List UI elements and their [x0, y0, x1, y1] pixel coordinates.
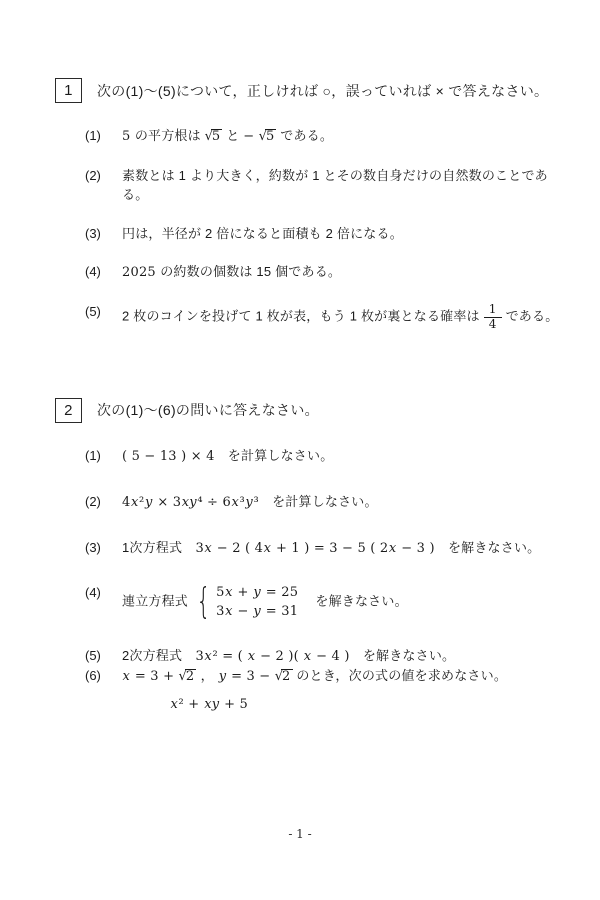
question-text: 5 の平方根は √5 と − √5 である。 — [122, 127, 562, 147]
question-1-1: (1) 5 の平方根は √5 と − √5 である。 — [85, 127, 562, 147]
section-1: 1 次の(1)～(5)について，正しければ ○，誤っていれば × で答えなさい。… — [55, 78, 562, 332]
question-text: 素数とは 1 より大きく，約数が 1 とその数自身だけの自然数のことである。 — [122, 167, 562, 205]
section-1-number: 1 — [64, 82, 73, 99]
question-label: (1) — [85, 127, 122, 147]
question-2-6: (6) x = 3 + √2 ， y = 3 − √2 のとき，次の式の値を求め… — [85, 667, 562, 687]
question-label: (5) — [85, 303, 122, 332]
page-number: - 1 - — [0, 827, 600, 841]
page-content: 1 次の(1)～(5)について，正しければ ○，誤っていれば × で答えなさい。… — [55, 78, 562, 712]
question-2-4: (4) 連立方程式{5x + y = 253x − y = 31 を解きなさい。 — [85, 584, 562, 620]
question-text: 円は，半径が 2 倍になると面積も 2 倍になる。 — [122, 225, 562, 244]
section-2-number: 2 — [64, 402, 73, 419]
question-text: 2 枚のコインを投げて 1 枚が表，もう 1 枚が裏となる確率は14である。 — [122, 303, 562, 332]
question-label: (2) — [85, 493, 122, 513]
question-label: (3) — [85, 539, 122, 559]
question-text: 4x²y × 3xy⁴ ÷ 6x³y³ を計算しなさい。 — [122, 493, 562, 513]
section-2: 2 次の(1)～(6)の問いに答えなさい。 (1) ( 5 − 13 ) × 4… — [55, 398, 562, 713]
question-label: (1) — [85, 447, 122, 467]
question-text: 2次方程式 3x² = ( x − 2 )( x − 4 ) を解きなさい。 — [122, 647, 562, 667]
question-1-5: (5) 2 枚のコインを投げて 1 枚が表，もう 1 枚が裏となる確率は14であ… — [85, 303, 562, 332]
section-2-items: (1) ( 5 − 13 ) × 4 を計算しなさい。 (2) 4x²y × 3… — [85, 447, 562, 713]
question-text: 2025 の約数の個数は 15 個である。 — [122, 263, 562, 283]
question-2-6-block: (6) x = 3 + √2 ， y = 3 − √2 のとき，次の式の値を求め… — [85, 667, 562, 713]
question-text: 1次方程式 3x − 2 ( 4x + 1 ) = 3 − 5 ( 2x − 3… — [122, 539, 562, 559]
exam-page: 1 次の(1)～(5)について，正しければ ○，誤っていれば × で答えなさい。… — [0, 0, 600, 900]
question-2-6-expression: x² + xy + 5 — [170, 696, 562, 712]
question-label: (5) — [85, 647, 122, 667]
question-1-3: (3) 円は，半径が 2 倍になると面積も 2 倍になる。 — [85, 225, 562, 244]
question-text: ( 5 − 13 ) × 4 を計算しなさい。 — [122, 447, 562, 467]
section-1-header: 1 次の(1)～(5)について，正しければ ○，誤っていれば × で答えなさい。 — [55, 78, 562, 103]
question-2-5: (5) 2次方程式 3x² = ( x − 2 )( x − 4 ) を解きなさ… — [85, 647, 562, 667]
question-label: (4) — [85, 584, 122, 620]
question-text: 連立方程式{5x + y = 253x − y = 31 を解きなさい。 — [122, 584, 562, 620]
question-1-4: (4) 2025 の約数の個数は 15 個である。 — [85, 263, 562, 283]
question-label: (4) — [85, 263, 122, 283]
question-2-3: (3) 1次方程式 3x − 2 ( 4x + 1 ) = 3 − 5 ( 2x… — [85, 539, 562, 559]
section-2-number-box: 2 — [55, 398, 82, 423]
section-1-number-box: 1 — [55, 78, 82, 103]
question-label: (6) — [85, 667, 122, 687]
section-2-header: 2 次の(1)～(6)の問いに答えなさい。 — [55, 398, 562, 423]
question-2-1: (1) ( 5 − 13 ) × 4 を計算しなさい。 — [85, 447, 562, 467]
question-2-2: (2) 4x²y × 3xy⁴ ÷ 6x³y³ を計算しなさい。 — [85, 493, 562, 513]
question-label: (3) — [85, 225, 122, 244]
question-text: x = 3 + √2 ， y = 3 − √2 のとき，次の式の値を求めなさい。 — [122, 667, 562, 687]
section-1-title: 次の(1)～(5)について，正しければ ○，誤っていれば × で答えなさい。 — [97, 81, 548, 101]
question-1-2: (2) 素数とは 1 より大きく，約数が 1 とその数自身だけの自然数のことであ… — [85, 167, 562, 205]
question-label: (2) — [85, 167, 122, 205]
section-2-title: 次の(1)～(6)の問いに答えなさい。 — [97, 400, 319, 420]
section-1-items: (1) 5 の平方根は √5 と − √5 である。 (2) 素数とは 1 より… — [85, 127, 562, 332]
